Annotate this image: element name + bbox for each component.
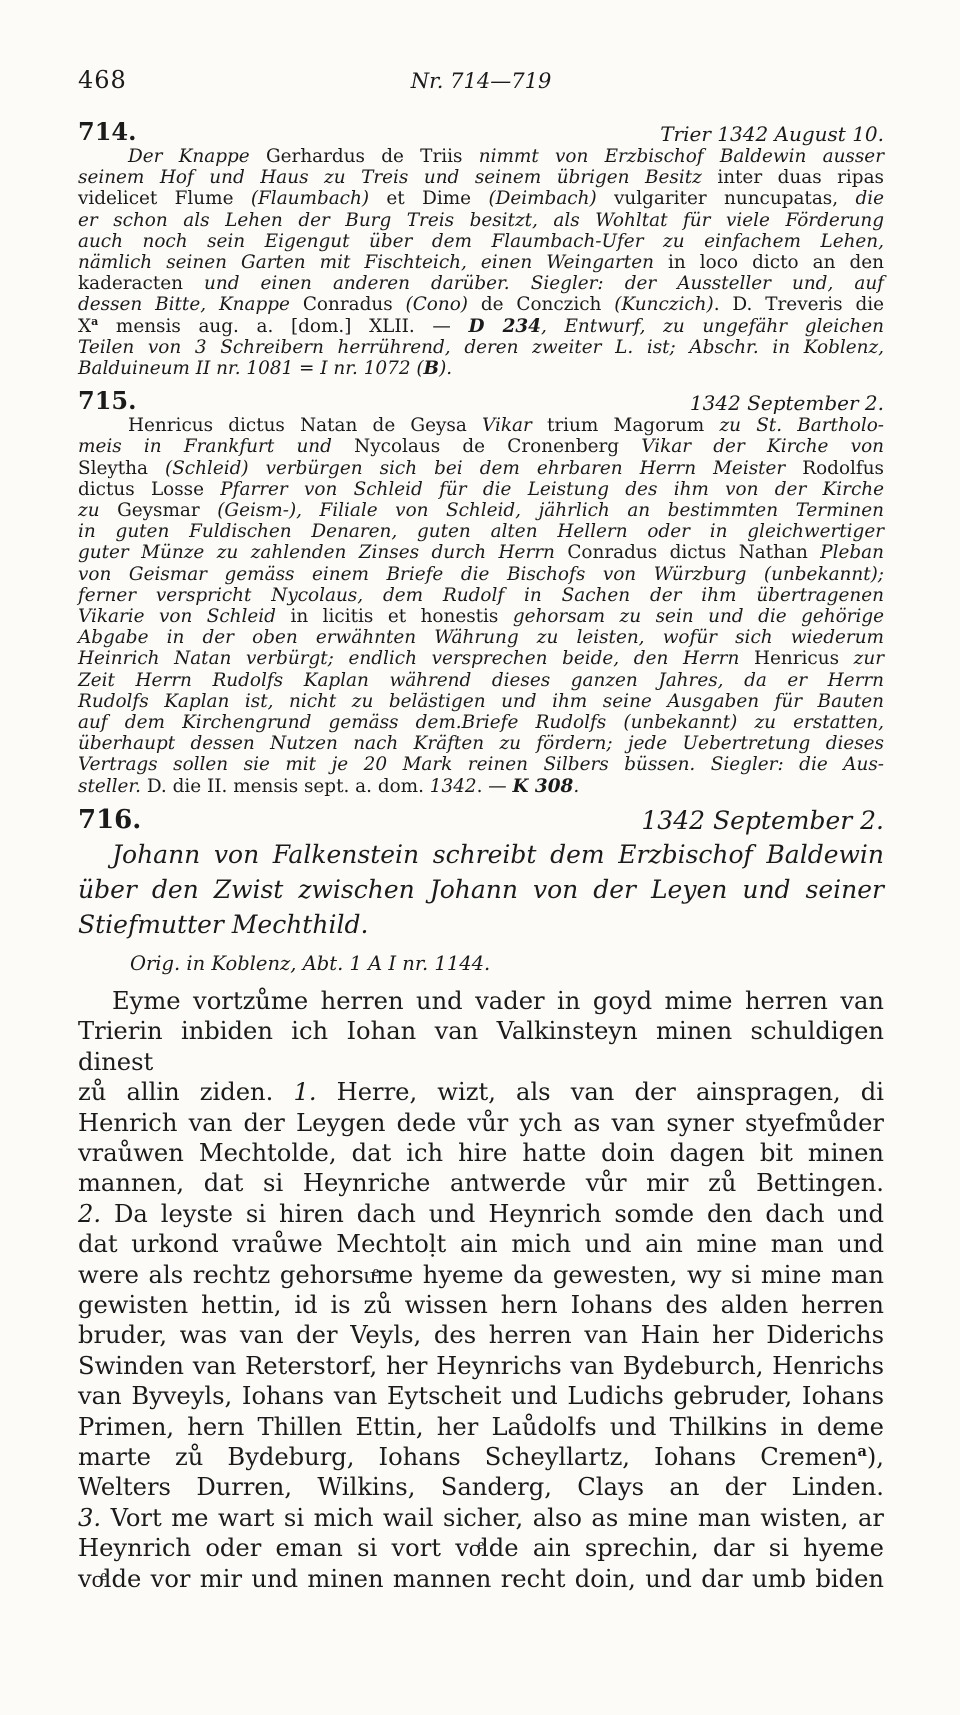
text-segment: Conradus — [303, 294, 406, 315]
text-segment: Vikarie von Schleid — [78, 606, 290, 627]
text-segment: Henrich van der Leygen dede vůr ych as v… — [78, 1109, 884, 1137]
text-segment: zu St. Bartholo- — [719, 415, 884, 436]
text-line: Johann von Falkenstein schreibt dem Erzb… — [78, 837, 884, 872]
entry-715-regest-text: Henricus dictus Natan de Geysa Vikar tri… — [78, 415, 884, 797]
text-line: Henrich van der Leygen dede vůr ych as v… — [78, 1108, 884, 1138]
text-line: steller. D. die II. mensis sept. a. dom.… — [78, 776, 884, 797]
text-segment: (Deimbach) — [488, 188, 614, 209]
text-line: auch noch sein Eigengut über dem Flaumba… — [78, 231, 884, 252]
text-segment: trium Magorum — [547, 415, 720, 436]
text-segment: a — [857, 1443, 866, 1460]
text-segment: in loco dicto an den — [668, 252, 884, 273]
entry-714-regest-text: Der Knappe Gerhardus de Triis nimmt von … — [78, 146, 884, 379]
entry-716-summary: Johann von Falkenstein schreibt dem Erzb… — [78, 837, 884, 942]
text-line: meis in Frankfurt und Nycolaus de Cronen… — [78, 436, 884, 457]
entry-716-source-note: Orig. in Koblenz, Abt. 1 A I nr. 1144. — [78, 951, 884, 977]
text-segment: , Entwurf, zu ungefähr gleichen — [541, 316, 884, 337]
entry-715-heading: 715. 1342 September 2. — [78, 389, 884, 413]
text-segment: van Byveyls, Iohans van Eytscheit und Lu… — [78, 1382, 884, 1410]
text-segment: Johann von Falkenstein schreibt dem Erzb… — [112, 840, 884, 869]
text-segment: K 308 — [513, 776, 574, 797]
text-segment: Eyme vortzůme herren und vader in goyd m… — [112, 987, 884, 1015]
text-segment: Gerhardus de Triis — [266, 146, 479, 167]
entry-714-date: Trier 1342 August 10. — [660, 124, 884, 144]
text-segment: inter duas ripas — [717, 167, 884, 188]
text-segment: zu — [78, 500, 117, 521]
text-line: seinem Hof und Haus zu Treis und seinem … — [78, 167, 884, 188]
text-segment: Vertrags sollen sie mit je 20 Mark reine… — [78, 754, 884, 775]
text-line: Heinrich Natan verbürgt; endlich verspre… — [78, 648, 884, 669]
text-segment: Abgabe in der oben erwähnten Währung zu … — [78, 627, 884, 648]
text-segment: Sleytha — [78, 458, 165, 479]
entry-716-date: 1342 September 2. — [641, 808, 884, 833]
text-segment: D. die II. mensis sept. a. dom. — [147, 776, 430, 797]
text-segment: nämlich seinen Garten mit Fischteich, ei… — [78, 252, 668, 273]
text-segment: Balduineum II nr. 1081 = I nr. 1072 ( — [78, 358, 424, 379]
text-line: Orig. in Koblenz, Abt. 1 A I nr. 1144. — [78, 951, 884, 977]
text-segment: vraůwen Mechtolde, dat ich hire hatte do… — [78, 1139, 884, 1167]
text-line: were als rechtz gehorsuͤme hyeme da gewe… — [78, 1260, 884, 1290]
text-line: Heynrich oder eman si vort voͤlde ain sp… — [78, 1533, 884, 1563]
text-segment: auf dem Kirchengrund gemäss dem.Briefe R… — [78, 712, 884, 733]
text-line: Swinden van Reterstorf, her Heynrichs va… — [78, 1351, 884, 1381]
text-segment: Heinrich Natan verbürgt; endlich verspre… — [78, 648, 754, 669]
text-segment: in licitis et honestis — [290, 606, 512, 627]
text-line: 2. Da leyste si hiren dach und Heynrich … — [78, 1199, 884, 1229]
text-segment: und einen anderen darüber. Siegler: der … — [204, 273, 884, 294]
text-segment: ), — [867, 1443, 884, 1471]
text-segment: dictus Losse — [78, 479, 220, 500]
text-segment: über den Zwist zwischen Johann von der L… — [78, 875, 884, 904]
text-line: zů allin ziden. 1. Herre, wizt, als van … — [78, 1077, 884, 1107]
entry-716-heading: 716. 1342 September 2. — [78, 807, 884, 833]
text-segment: Welters Durren, Wilkins, Sanderg, Clays … — [78, 1473, 884, 1501]
text-segment: Conradus dictus Nathan — [567, 542, 820, 563]
text-line: gewisten hettin, id is zů wissen hern Io… — [78, 1290, 884, 1320]
text-segment: Der Knappe — [128, 146, 266, 167]
text-segment: Vikar der Kirche von — [641, 436, 884, 457]
text-segment: Pleban — [820, 542, 884, 563]
text-segment: 1342 — [430, 776, 477, 797]
text-segment: voͤlde vor mir und minen mannen recht do… — [78, 1565, 884, 1593]
text-line: kaderacten und einen anderen darüber. Si… — [78, 273, 884, 294]
text-segment: er schon als Lehen der Burg Treis besitz… — [78, 210, 884, 231]
text-line: Stiefmutter Mechthild. — [78, 907, 884, 942]
text-segment: meis in Frankfurt und — [78, 436, 354, 457]
text-line: Eyme vortzůme herren und vader in goyd m… — [78, 986, 884, 1016]
text-segment: X — [78, 316, 91, 337]
text-segment: überhaupt dessen Nutzen nach Kräften zu … — [78, 733, 884, 754]
text-segment: Stiefmutter Mechthild. — [78, 910, 368, 939]
text-line: Abgabe in der oben erwähnten Währung zu … — [78, 627, 884, 648]
scanned-book-page: 468 Nr. 714—719 714. Trier 1342 August 1… — [0, 0, 960, 1715]
text-segment: gehorsam zu sein und die gehörige — [513, 606, 884, 627]
text-line: bruder, was van der Veyls, des herren va… — [78, 1320, 884, 1350]
text-segment: Da leyste si hiren dach und Heynrich som… — [101, 1200, 884, 1228]
text-line: dessen Bitte, Knappe Conradus (Cono) de … — [78, 294, 884, 315]
text-segment: Nycolaus de Cronenberg — [354, 436, 641, 457]
text-segment: 1. — [293, 1078, 316, 1106]
entry-715-date: 1342 September 2. — [690, 393, 884, 413]
text-segment: Trierin inbiden ich Iohan van Valkinstey… — [78, 1017, 884, 1075]
text-segment: Swinden van Reterstorf, her Heynrichs va… — [78, 1352, 884, 1380]
text-segment: videlicet Flume — [78, 188, 251, 209]
page-header: 468 Nr. 714—719 — [78, 66, 884, 94]
text-line: guter Münze zu zahlenden Zinses durch He… — [78, 542, 884, 563]
entry-714-number: 714. — [78, 120, 136, 144]
text-line: dat urkond vraůwe Mechtoḷt ain mich und … — [78, 1229, 884, 1259]
text-line: ferner verspricht Nycolaus, dem Rudolf i… — [78, 585, 884, 606]
text-segment: auch noch sein Eigengut über dem Flaumba… — [78, 231, 884, 252]
text-segment: de Conczich — [481, 294, 614, 315]
text-line: Teilen von 3 Schreibern herrührend, dere… — [78, 337, 884, 358]
text-segment: . — — [477, 776, 513, 797]
entry-714-heading: 714. Trier 1342 August 10. — [78, 120, 884, 144]
text-segment: 2. — [78, 1200, 101, 1228]
text-line: 3. Vort me wart si mich wail sicher, als… — [78, 1503, 884, 1533]
text-line: voͤlde vor mir und minen mannen recht do… — [78, 1564, 884, 1594]
text-line: Trierin inbiden ich Iohan van Valkinstey… — [78, 1016, 884, 1077]
text-segment: Orig. in Koblenz, Abt. 1 A I nr. 1144. — [130, 952, 490, 975]
text-segment: Teilen von 3 Schreibern herrührend, dere… — [78, 337, 884, 358]
text-line: Primen, hern Thillen Ettin, her Laůdolfs… — [78, 1412, 884, 1442]
text-segment: (Flaumbach) — [251, 188, 387, 209]
text-segment: . D. Treveris die — [714, 294, 884, 315]
text-line: Sleytha (Schleid) verbürgen sich bei dem… — [78, 458, 884, 479]
text-line: videlicet Flume (Flaumbach) et Dime (Dei… — [78, 188, 884, 209]
text-segment: Henricus — [754, 648, 854, 669]
text-segment: mannen, dat si Heynriche antwerde vůr mi… — [78, 1169, 884, 1197]
text-segment: zur — [854, 648, 884, 669]
text-segment: vulgariter nuncupatas, — [614, 188, 855, 209]
running-title: Nr. 714—719 — [411, 69, 552, 93]
page-number: 468 — [78, 66, 411, 94]
text-segment: Rodolfus — [802, 458, 884, 479]
text-segment: ferner verspricht Nycolaus, dem Rudolf i… — [78, 585, 884, 606]
text-segment: guter Münze zu zahlenden Zinses durch He… — [78, 542, 567, 563]
text-segment: seinem Hof und Haus zu Treis und seinem … — [78, 167, 717, 188]
text-segment: Herre, wizt, als van der ainspragen, di — [317, 1078, 884, 1106]
text-line: Rudolfs Kaplan ist, nicht zu belästigen … — [78, 691, 884, 712]
entry-715-number: 715. — [78, 389, 136, 413]
text-segment: (Schleid) verbürgen sich bei dem ehrbare… — [165, 458, 802, 479]
text-segment: gewisten hettin, id is zů wissen hern Io… — [78, 1291, 884, 1319]
text-segment: B — [424, 358, 440, 379]
text-line: van Byveyls, Iohans van Eytscheit und Lu… — [78, 1381, 884, 1411]
text-line: Vertrags sollen sie mit je 20 Mark reine… — [78, 754, 884, 775]
text-segment: Vort me wart si mich wail sicher, also a… — [101, 1504, 884, 1532]
text-segment: von Geismar gemäss einem Briefe die Bisc… — [78, 564, 884, 585]
text-segment: Primen, hern Thillen Ettin, her Laůdolfs… — [78, 1413, 884, 1441]
text-line: Welters Durren, Wilkins, Sanderg, Clays … — [78, 1472, 884, 1502]
entry-716: 716. 1342 September 2. Johann von Falken… — [78, 807, 884, 1594]
text-segment: in guten Fuldischen Denaren, guten alten… — [78, 521, 884, 542]
text-segment: . — [573, 776, 579, 797]
text-line: mannen, dat si Heynriche antwerde vůr mi… — [78, 1168, 884, 1198]
text-line: auf dem Kirchengrund gemäss dem.Briefe R… — [78, 712, 884, 733]
text-segment: die — [855, 188, 884, 209]
text-line: vraůwen Mechtolde, dat ich hire hatte do… — [78, 1138, 884, 1168]
text-line: er schon als Lehen der Burg Treis besitz… — [78, 210, 884, 231]
text-segment: Heynrich oder eman si vort voͤlde ain sp… — [78, 1534, 884, 1562]
text-line: marte zů Bydeburg, Iohans Scheyllartz, I… — [78, 1442, 884, 1472]
text-segment: zů allin ziden. — [78, 1078, 293, 1106]
text-line: von Geismar gemäss einem Briefe die Bisc… — [78, 564, 884, 585]
text-segment: mensis aug. a. [dom.] XLII. — — [98, 316, 468, 337]
text-line: Der Knappe Gerhardus de Triis nimmt von … — [78, 146, 884, 167]
text-segment: et Dime — [386, 188, 488, 209]
text-line: dictus Losse Pfarrer von Schleid für die… — [78, 479, 884, 500]
text-segment: Zeit Herrn Rudolfs Kaplan während dieses… — [78, 670, 884, 691]
text-segment: Vikar — [482, 415, 547, 436]
text-segment: Pfarrer von Schleid für die Leistung des… — [220, 479, 884, 500]
text-segment: marte zů Bydeburg, Iohans Scheyllartz, I… — [78, 1443, 857, 1471]
text-segment: 3. — [78, 1504, 101, 1532]
text-line: Zeit Herrn Rudolfs Kaplan während dieses… — [78, 670, 884, 691]
entry-716-transcription: Eyme vortzůme herren und vader in goyd m… — [78, 986, 884, 1594]
text-line: in guten Fuldischen Denaren, guten alten… — [78, 521, 884, 542]
text-segment: dat urkond vraůwe Mechtoḷt ain mich und … — [78, 1230, 884, 1258]
text-line: überhaupt dessen Nutzen nach Kräften zu … — [78, 733, 884, 754]
text-line: nämlich seinen Garten mit Fischteich, ei… — [78, 252, 884, 273]
text-line: Henricus dictus Natan de Geysa Vikar tri… — [78, 415, 884, 436]
text-line: zu Geysmar (Geism-), Filiale von Schleid… — [78, 500, 884, 521]
text-segment: Henricus dictus Natan de Geysa — [128, 415, 482, 436]
text-segment: Rudolfs Kaplan ist, nicht zu belästigen … — [78, 691, 884, 712]
text-segment: ). — [439, 358, 452, 379]
text-line: Vikarie von Schleid in licitis et honest… — [78, 606, 884, 627]
text-segment: D 234 — [468, 316, 541, 337]
text-segment: steller. — [78, 776, 147, 797]
text-segment: were als rechtz gehorsuͤme hyeme da gewe… — [78, 1261, 884, 1289]
text-segment: (Cono) — [406, 294, 481, 315]
text-segment: (Geism-), Filiale von Schleid, jährlich … — [217, 500, 884, 521]
entry-714: 714. Trier 1342 August 10. Der Knappe Ge… — [78, 120, 884, 379]
text-line: Balduineum II nr. 1081 = I nr. 1072 (B). — [78, 358, 884, 379]
text-line: Xa mensis aug. a. [dom.] XLII. — D 234, … — [78, 316, 884, 337]
text-segment: dessen Bitte, Knappe — [78, 294, 303, 315]
text-segment: (Kunczich) — [614, 294, 713, 315]
text-line: über den Zwist zwischen Johann von der L… — [78, 872, 884, 907]
text-segment: Geysmar — [117, 500, 217, 521]
entry-716-number: 716. — [78, 807, 141, 833]
text-segment: kaderacten — [78, 273, 204, 294]
entry-715: 715. 1342 September 2. Henricus dictus N… — [78, 389, 884, 797]
text-segment: bruder, was van der Veyls, des herren va… — [78, 1321, 884, 1349]
text-segment: nimmt von Erzbischof Baldewin ausser — [479, 146, 884, 167]
